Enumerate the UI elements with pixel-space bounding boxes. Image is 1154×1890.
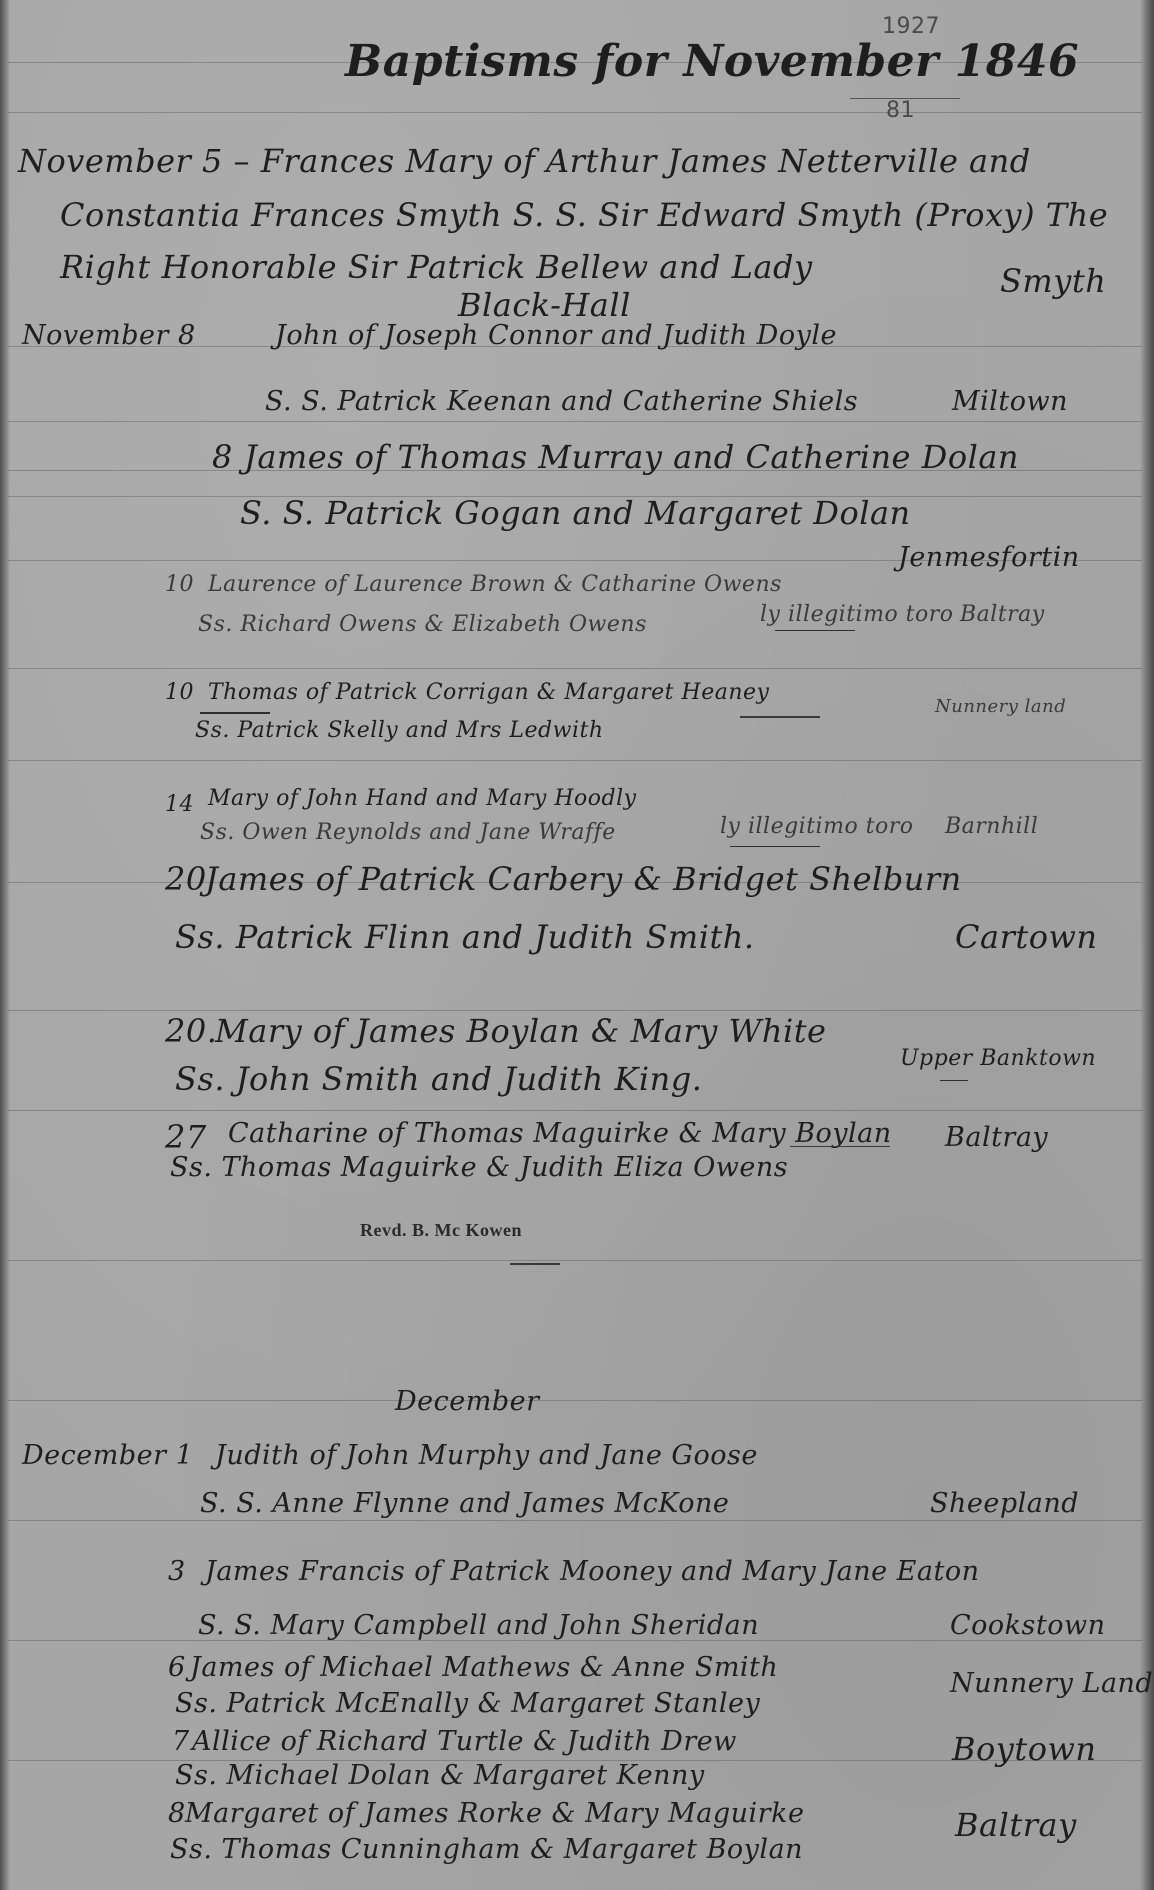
- section-heading-december: December: [395, 1386, 540, 1417]
- ruled-line: [8, 421, 1142, 422]
- page-right-edge: [1140, 0, 1154, 1890]
- entry-sponsors: S. S. Anne Flynne and James McKone: [200, 1488, 729, 1519]
- entry-baptism: Margaret of James Rorke & Mary Maguirke: [185, 1798, 804, 1829]
- entry-sponsors: Ss. Patrick Skelly and Mrs Ledwith: [195, 718, 604, 743]
- entry-date: 20: [165, 860, 207, 898]
- entry-sponsors: S. S. Patrick Keenan and Catherine Shiel…: [265, 386, 858, 417]
- page-binding-edge: [0, 0, 10, 1890]
- place-underline: [940, 1080, 968, 1081]
- ruled-line: [8, 668, 1142, 669]
- entry-date: 6: [168, 1652, 186, 1683]
- ruled-line: [8, 760, 1142, 761]
- stamp-mark: [510, 1263, 560, 1265]
- ruled-line: [8, 1260, 1142, 1261]
- entry-place: Jenmesfortin: [898, 542, 1080, 573]
- entry-date: 14: [165, 792, 194, 817]
- entry-place: Cookstown: [950, 1610, 1106, 1641]
- entry-date: 10: [165, 572, 194, 597]
- entry-sponsors: Ss. John Smith and Judith King.: [175, 1060, 702, 1098]
- entry-note: ly illegitimo toro: [720, 814, 914, 839]
- entry-sponsors: Ss. Patrick McEnally & Margaret Stanley: [175, 1688, 760, 1719]
- entry-date: November 8: [22, 320, 196, 351]
- entry-baptism: James of Thomas Murray and Catherine Dol…: [244, 438, 1019, 476]
- entry-sponsors: Ss. Michael Dolan & Margaret Kenny: [175, 1760, 705, 1791]
- clergy-stamp: Revd. B. Mc Kowen: [360, 1220, 522, 1241]
- entry-note: ly illegitimo toro: [760, 602, 954, 627]
- entry-baptism: Thomas of Patrick Corrigan & Margaret He…: [208, 680, 769, 705]
- entry-place: Barnhill: [945, 814, 1038, 839]
- entry-line: Constantia Frances Smyth S. S. Sir Edwar…: [60, 196, 1108, 234]
- entry-sponsors: Ss. Thomas Cunningham & Margaret Boylan: [170, 1834, 803, 1865]
- ruled-line: [8, 1010, 1142, 1011]
- dash-mark: [740, 716, 820, 718]
- ruled-line: [8, 112, 1142, 113]
- entry-place: Black-Hall: [458, 286, 631, 324]
- entry-baptism: Catharine of Thomas Maguirke & Mary Boyl…: [228, 1118, 892, 1149]
- entry-place: Cartown: [955, 918, 1097, 956]
- entry-date: 10: [165, 680, 194, 705]
- entry-date: 27: [165, 1118, 207, 1156]
- entry-date: December 1: [22, 1440, 193, 1471]
- entry-baptism: Judith of John Murphy and Jane Goose: [215, 1440, 758, 1471]
- dash-mark: [790, 1146, 890, 1147]
- entry-baptism: James of Patrick Carbery & Bridget Shelb…: [205, 860, 962, 898]
- entry-place: Baltray: [945, 1122, 1048, 1153]
- entry-place: Sheepland: [930, 1488, 1079, 1519]
- entry-place: Nunnery Land: [950, 1668, 1153, 1699]
- entry-sponsors: Ss. Owen Reynolds and Jane Wraffe: [200, 820, 616, 845]
- entry-sponsors: Ss. Thomas Maguirke & Judith Eliza Owens: [170, 1152, 788, 1183]
- entry-baptism: John of Joseph Connor and Judith Doyle: [275, 320, 837, 351]
- ruled-line: [8, 1400, 1142, 1401]
- entry-date: 8: [212, 438, 233, 476]
- ruled-line: [8, 1110, 1142, 1111]
- ruled-line: [8, 1520, 1142, 1521]
- entry-place: Baltray: [955, 1806, 1077, 1844]
- page-title: Baptisms for November 1846: [345, 36, 1079, 87]
- note-underline: [730, 846, 820, 847]
- entry-sponsors: S. S. Mary Campbell and John Sheridan: [198, 1610, 759, 1641]
- entry-place: Baltray: [960, 602, 1045, 627]
- entry-date: 3: [168, 1556, 186, 1587]
- name-underline: [200, 712, 270, 714]
- entry-place: Nunnery land: [935, 696, 1066, 717]
- entry-date: 20.: [165, 1012, 217, 1050]
- pencil-number-top: 1927: [882, 14, 940, 39]
- entry-baptism: Laurence of Laurence Brown & Catharine O…: [208, 572, 782, 597]
- register-page: Baptisms for November 1846 1927 81 Novem…: [0, 0, 1154, 1890]
- entry-baptism: Allice of Richard Turtle & Judith Drew: [192, 1726, 737, 1757]
- entry-baptism: James Francis of Patrick Mooney and Mary…: [205, 1556, 979, 1587]
- entry-place: Miltown: [952, 386, 1068, 417]
- entry-sponsors: Ss. Richard Owens & Elizabeth Owens: [198, 612, 647, 637]
- entry-baptism: Mary of James Boylan & Mary White: [215, 1012, 826, 1050]
- entry-place: Upper Banktown: [900, 1046, 1096, 1071]
- pencil-number-bottom: 81: [886, 98, 915, 123]
- note-underline: [775, 630, 855, 631]
- entry-sponsors: S. S. Patrick Gogan and Margaret Dolan: [240, 494, 911, 532]
- entry-date: 7: [172, 1726, 190, 1757]
- entry-line: November 5 – Frances Mary of Arthur Jame…: [18, 142, 1031, 180]
- entry-baptism: Mary of John Hand and Mary Hoodly: [208, 786, 637, 811]
- entry-sponsors: Ss. Patrick Flinn and Judith Smith.: [175, 918, 755, 956]
- entry-baptism: James of Michael Mathews & Anne Smith: [190, 1652, 778, 1683]
- entry-place: Boytown: [952, 1730, 1096, 1768]
- side-note: Smyth: [1000, 262, 1106, 300]
- entry-date: 8: [168, 1798, 186, 1829]
- entry-line: Right Honorable Sir Patrick Bellew and L…: [60, 248, 813, 286]
